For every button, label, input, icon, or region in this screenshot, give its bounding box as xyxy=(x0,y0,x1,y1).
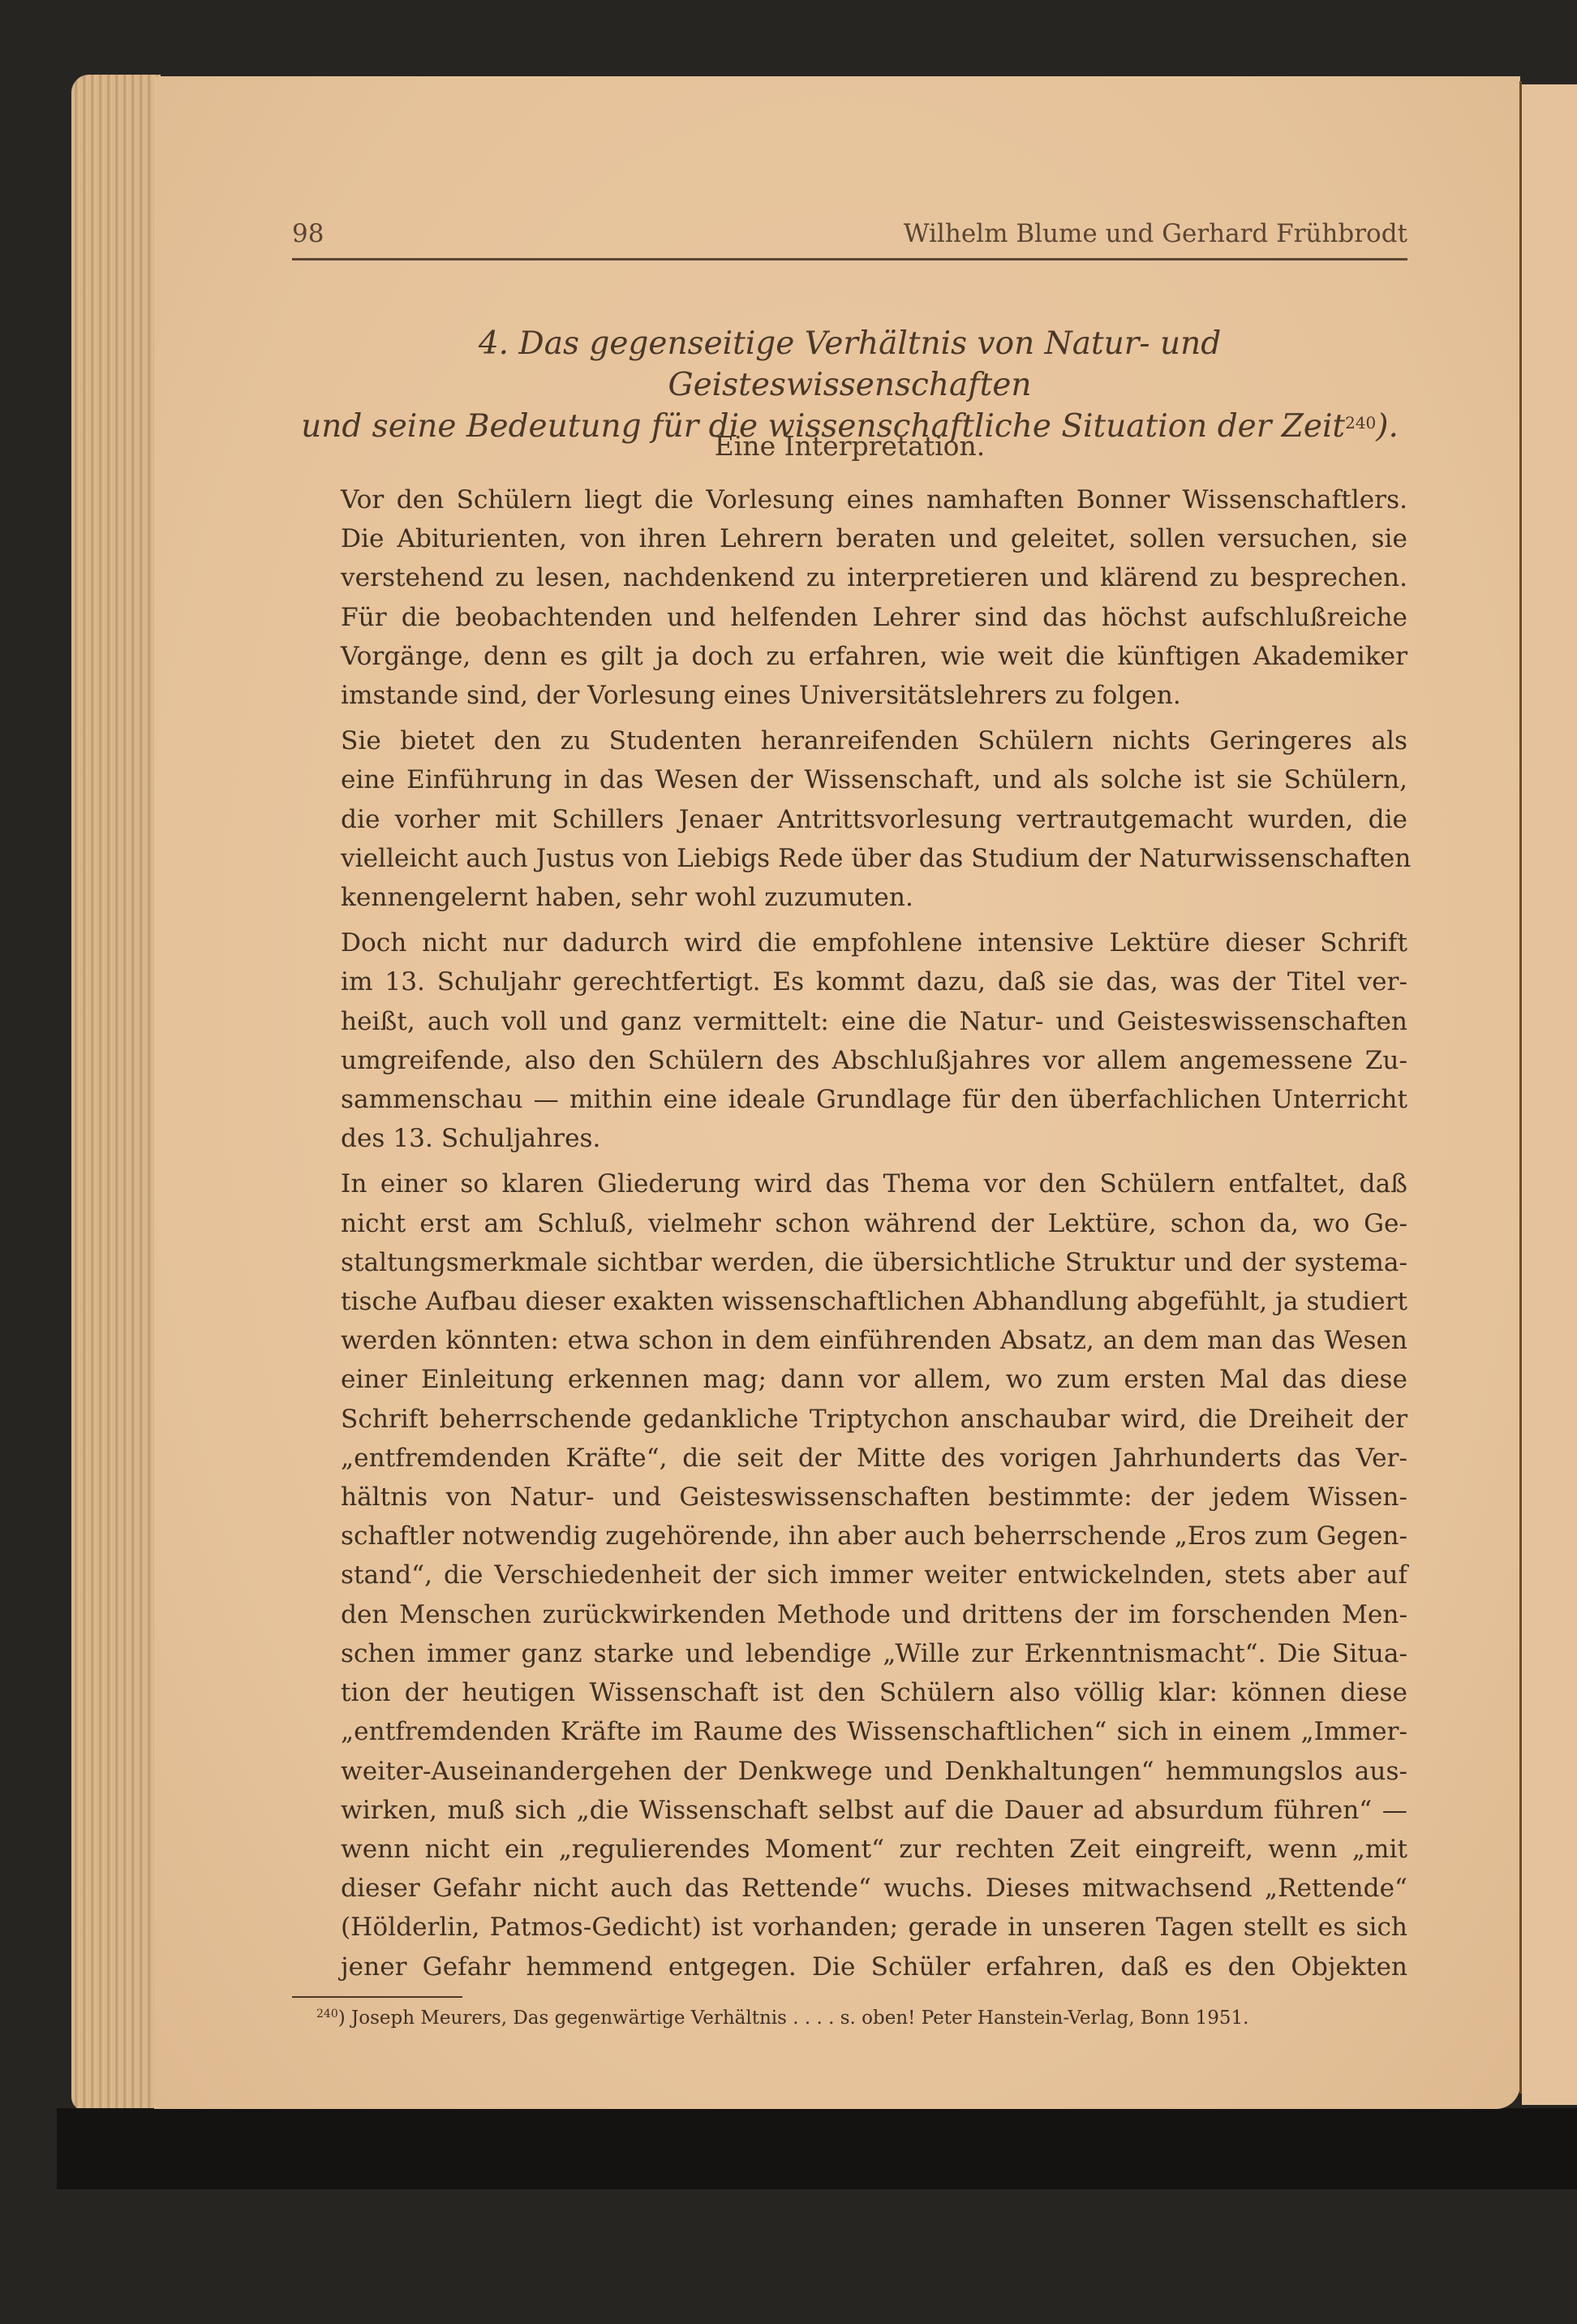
text-line: Schrift beherrschende gedankliche Tripty… xyxy=(292,1400,1407,1439)
book-shadow xyxy=(57,2108,1577,2189)
text-line: schaftler notwendig zugehörende, ihn abe… xyxy=(292,1517,1407,1556)
text-line: einer Einleitung erkennen mag; dann vor … xyxy=(292,1360,1407,1399)
text-line: eine Einführung in das Wesen der Wissens… xyxy=(292,760,1407,799)
footnote-rule xyxy=(292,1996,462,1998)
section-title: 4. Das gegenseitige Verhältnis von Natur… xyxy=(292,323,1407,447)
text-line: sammenschau — mithin eine ideale Grundla… xyxy=(292,1080,1407,1119)
text-line: werden könnten: etwa schon in dem einfüh… xyxy=(292,1321,1407,1360)
text-line: Doch nicht nur dadurch wird die empfohle… xyxy=(292,923,1407,962)
facing-page-edge xyxy=(1522,84,1577,2105)
text-line: tion der heutigen Wissenschaft ist den S… xyxy=(292,1673,1407,1712)
running-head: Wilhelm Blume und Gerhard Frühbrodt xyxy=(904,219,1407,248)
header-rule xyxy=(292,258,1407,260)
book-gutter xyxy=(1519,81,1522,2094)
text-line: dieser Gefahr nicht auch das Rettende“ w… xyxy=(292,1869,1407,1908)
text-line: die vorher mit Schillers Jenaer Antritts… xyxy=(292,800,1407,839)
text-line: heißt, auch voll und ganz vermittelt: ei… xyxy=(292,1002,1407,1041)
paragraph-3: Doch nicht nur dadurch wird die empfohle… xyxy=(292,923,1407,1158)
paragraph-1: Vor den Schülern liegt die Vorlesung ein… xyxy=(292,480,1407,715)
footnote: 240) Joseph Meurers, Das gegenwärtige Ve… xyxy=(316,2008,1407,2029)
text-line: kennengelernt haben, sehr wohl zuzumuten… xyxy=(292,878,1407,917)
text-line: „entfremdenden Kräfte im Raume des Wisse… xyxy=(292,1712,1407,1751)
text-line: Vor den Schülern liegt die Vorlesung ein… xyxy=(292,480,1407,519)
text-line: wenn nicht ein „regulierendes Moment“ zu… xyxy=(292,1830,1407,1869)
text-line: den Menschen zurückwirkenden Methode und… xyxy=(292,1595,1407,1634)
text-line: (Hölderlin, Patmos-Gedicht) ist vorhande… xyxy=(292,1908,1407,1947)
footnote-text: ) Joseph Meurers, Das gegenwärtige Verhä… xyxy=(338,2008,1249,2029)
paragraph-4: In einer so klaren Gliederung wird das T… xyxy=(292,1164,1407,1986)
page-header: 98 Wilhelm Blume und Gerhard Frühbrodt xyxy=(292,219,1407,260)
text-line: verstehend zu lesen, nachdenkend zu inte… xyxy=(292,558,1407,597)
text-line: umgreifende, also den Schülern des Absch… xyxy=(292,1041,1407,1080)
text-line: schen immer ganz starke und lebendige „W… xyxy=(292,1634,1407,1673)
text-line: im 13. Schuljahr gerechtfertigt. Es komm… xyxy=(292,962,1407,1001)
paragraph-2: Sie bietet den zu Studenten heranreifend… xyxy=(292,721,1407,917)
footnote-marker: 240 xyxy=(316,2008,338,2021)
text-line: des 13. Schuljahres. xyxy=(292,1119,1407,1158)
text-line: Für die beobachtenden und helfenden Lehr… xyxy=(292,598,1407,637)
text-line: jener Gefahr hemmend entgegen. Die Schül… xyxy=(292,1947,1407,1986)
text-line: nicht erst am Schluß, vielmehr schon wäh… xyxy=(292,1204,1407,1243)
section-subtitle: Eine Interpretation. xyxy=(292,430,1407,462)
section-title-line-1: 4. Das gegenseitige Verhältnis von Natur… xyxy=(292,323,1407,406)
text-line: tische Aufbau dieser exakten wissenschaf… xyxy=(292,1282,1407,1321)
text-line: wirken, muß sich „die Wissenschaft selbs… xyxy=(292,1791,1407,1830)
text-line: In einer so klaren Gliederung wird das T… xyxy=(292,1164,1407,1203)
page-edges-stack xyxy=(71,75,161,2111)
text-line: vielleicht auch Justus von Liebigs Rede … xyxy=(292,839,1407,878)
page-number: 98 xyxy=(292,219,324,248)
text-line: staltungsmerkmale sichtbar werden, die ü… xyxy=(292,1243,1407,1282)
text-line: weiter-Auseinandergehen der Denkwege und… xyxy=(292,1752,1407,1791)
text-line: Die Abiturienten, von ihren Lehrern bera… xyxy=(292,519,1407,558)
text-line: imstande sind, der Vorlesung eines Unive… xyxy=(292,676,1407,715)
text-line: „entfremdenden Kräfte“, die seit der Mit… xyxy=(292,1439,1407,1478)
text-line: Vorgänge, denn es gilt ja doch zu erfahr… xyxy=(292,637,1407,676)
text-line: hältnis von Natur- und Geisteswissenscha… xyxy=(292,1478,1407,1517)
body-text: Vor den Schülern liegt die Vorlesung ein… xyxy=(292,480,1407,1993)
text-line: Sie bietet den zu Studenten heranreifend… xyxy=(292,721,1407,760)
text-line: stand“, die Verschiedenheit der sich imm… xyxy=(292,1556,1407,1595)
